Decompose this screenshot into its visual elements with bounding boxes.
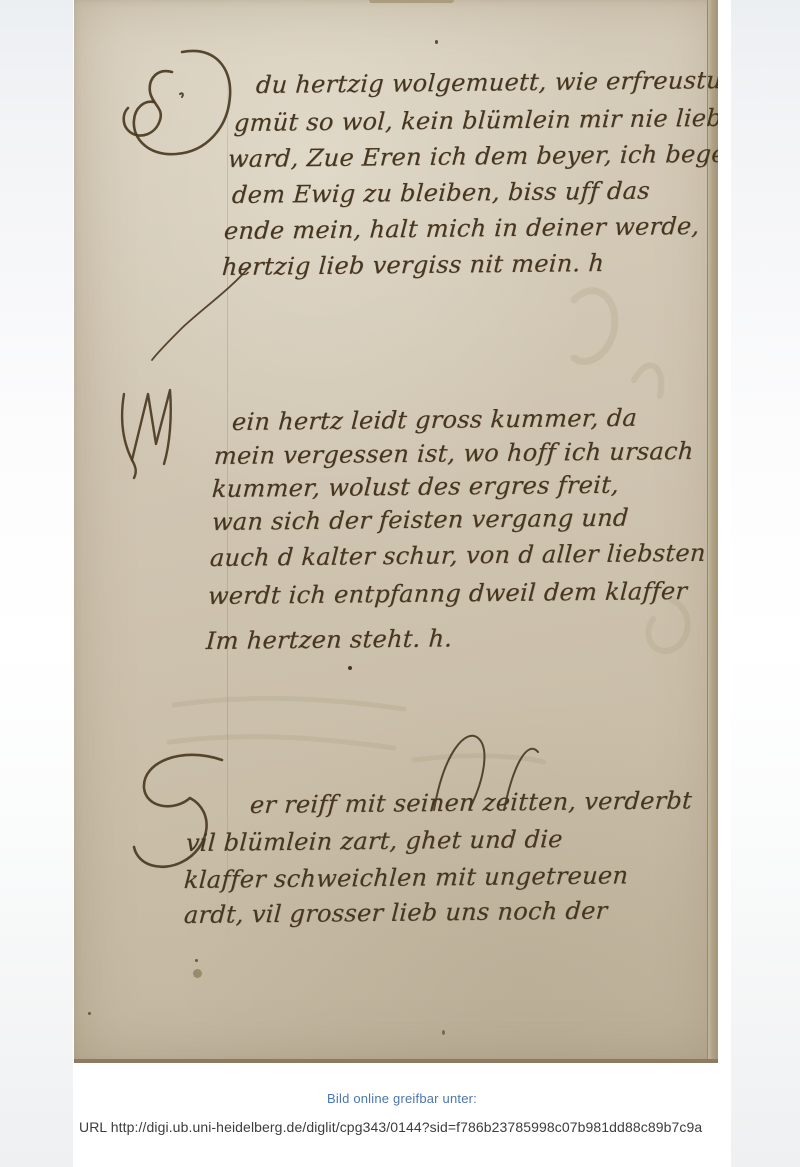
availability-caption: Bild online greifbar unter: xyxy=(73,1091,731,1106)
print-page: { "colors":{ "accent_blue":"#4a77ae", "i… xyxy=(0,0,800,1167)
manuscript-line: klaffer schweichlen mit ungetreuen xyxy=(183,862,629,893)
manuscript-line: kummer, wolust des ergres freit, xyxy=(211,472,620,502)
manuscript-line: mein vergessen ist, wo hoff ich ursach xyxy=(213,438,694,469)
manuscript-line: du hertzig wolgemuett, wie erfreustu xyxy=(255,67,718,98)
image-url-text: URL http://digi.ub.uni-heidelberg.de/dig… xyxy=(79,1119,702,1135)
manuscript-line: ward, Zue Eren ich dem beyer, ich beger xyxy=(227,141,718,172)
manuscript-line: auch d kalter schur, von d aller liebste… xyxy=(209,540,706,571)
content-area: D du hertzig wolgemuett, wie erfreustu g… xyxy=(73,0,731,1167)
manuscript-line: ardt, vil grosser lieb uns noch der xyxy=(183,898,608,928)
manuscript-line: hertzig lieb vergiss nit mein. h xyxy=(221,250,605,280)
pen-flourish xyxy=(146,260,256,365)
manuscript-line: gmüt so wol, kein blümlein mir nie liebe… xyxy=(233,105,718,136)
manuscript-line: Im hertzen steht. h. xyxy=(205,625,453,654)
manuscript-line: ein hertz leidt gross kummer, da xyxy=(231,405,638,435)
manuscript-line: ende mein, halt mich in deiner werde, xyxy=(223,213,700,244)
manuscript-line: vil blümlein zart, ghet und die xyxy=(185,826,563,856)
manuscript-line: dem Ewig zu bleiben, biss uff das xyxy=(231,178,650,208)
manuscript-line: er reiff mit seinen zeitten, verderbt xyxy=(249,787,693,818)
manuscript-line: wan sich der feisten vergang und xyxy=(211,505,629,535)
manuscript-scan-image: D du hertzig wolgemuett, wie erfreustu g… xyxy=(74,0,718,1063)
versal-initial-m xyxy=(118,382,188,482)
manuscript-line: werdt ich entpfanng dweil dem klaffer xyxy=(207,578,688,609)
versal-initial-d xyxy=(120,44,240,176)
